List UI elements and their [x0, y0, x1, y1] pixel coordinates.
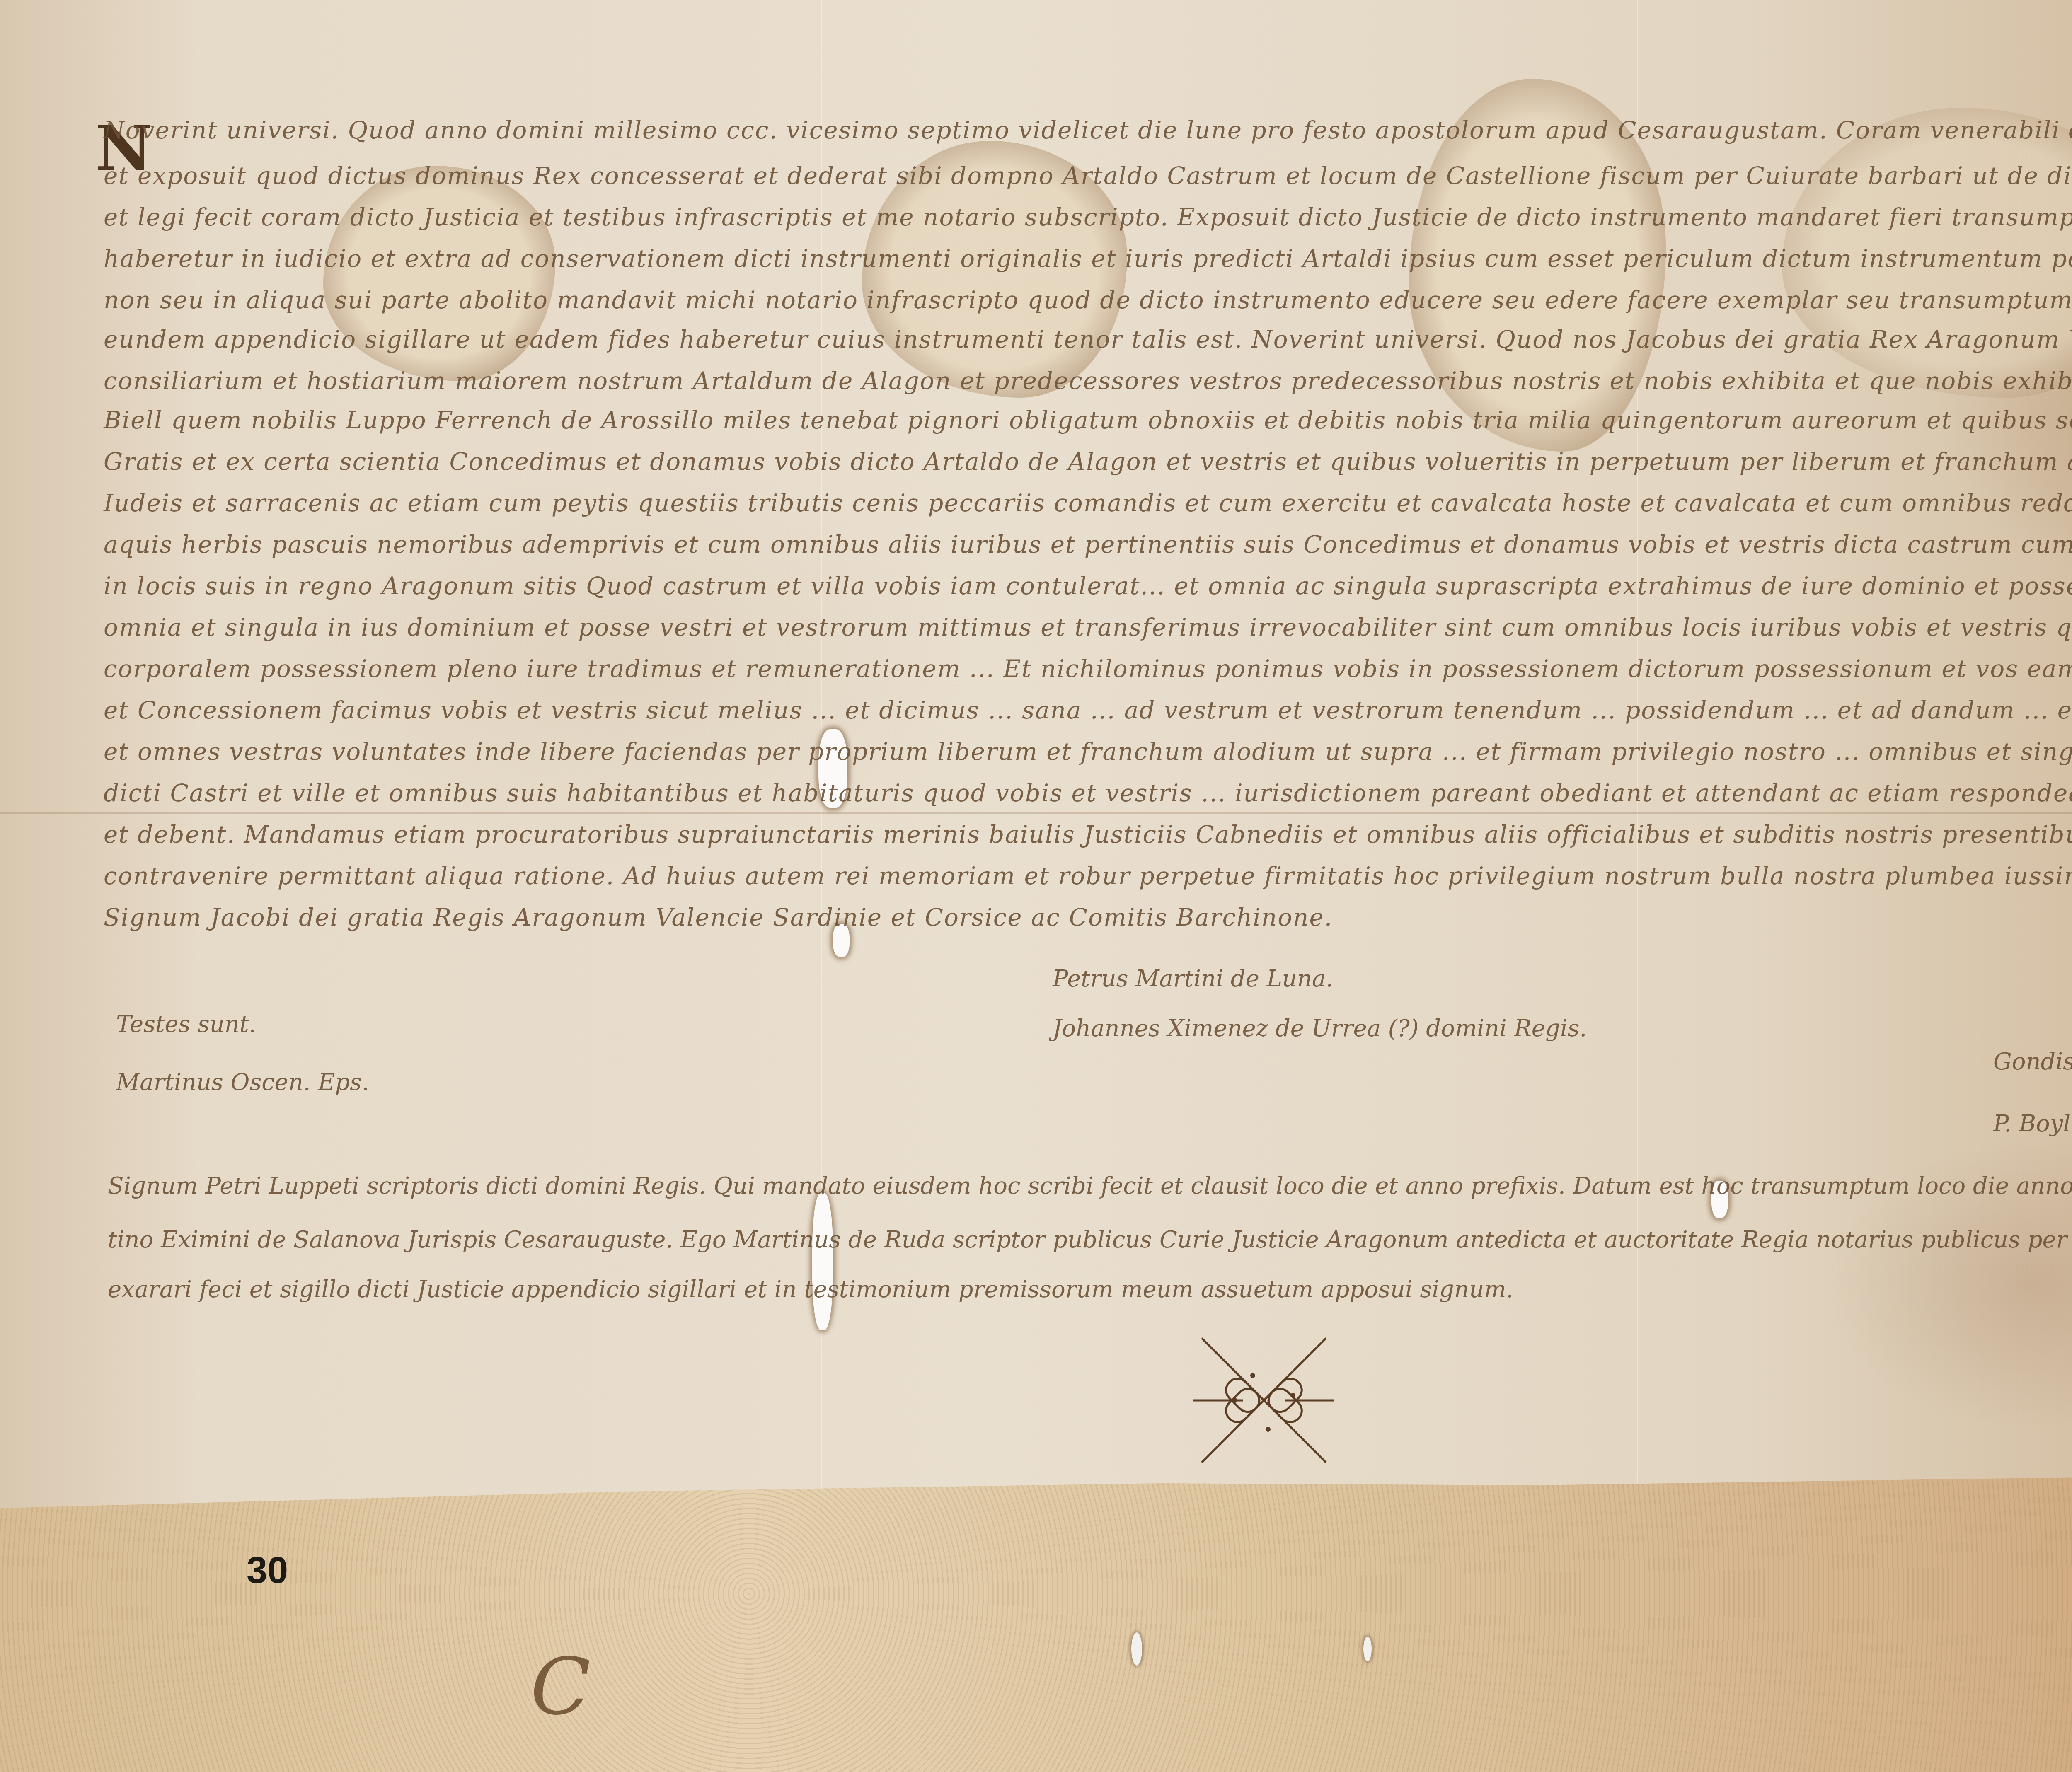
witness-name: Johannes Ximenez de Urrea (?) domini Reg…	[1053, 1015, 1587, 1042]
text-line: Noverint universi. Quod anno domini mill…	[104, 116, 2072, 144]
closing-line: Signum Petri Luppeti scriptoris dicti do…	[108, 1172, 2072, 1199]
closing-line: exarari feci et sigillo dicti Justicie a…	[108, 1276, 1513, 1303]
notarial-sign-icon	[1193, 1330, 1334, 1471]
text-line: non seu in aliqua sui parte abolito mand…	[104, 286, 2072, 314]
text-line: Gratis et ex certa scientia Concedimus e…	[104, 447, 2072, 476]
text-line: Iudeis et sarracenis ac etiam cum peytis…	[104, 489, 2072, 517]
horizontal-fold-line	[0, 812, 2072, 814]
text-line: et Concessionem facimus vobis et vestris…	[104, 696, 2072, 724]
witness-name: Gondisalvus Garsie consiliarius.	[1993, 1048, 2072, 1075]
text-line: omnia et singula in ius dominium et poss…	[104, 613, 2072, 641]
seal-cord-slit	[1363, 1637, 1372, 1661]
text-line: contravenire permittant aliqua ratione. …	[104, 862, 2072, 890]
text-line: dicti Castri et ville et omnibus suis ha…	[104, 779, 2072, 807]
text-line: et omnes vestras voluntates inde libere …	[104, 737, 2072, 766]
witness-name: Petrus Martini de Luna.	[1053, 965, 1333, 992]
text-line: et debent. Mandamus etiam procuratoribus…	[104, 820, 2072, 849]
archive-number: 30	[247, 1550, 288, 1592]
folded-plica	[0, 1475, 2072, 1772]
text-line: aquis herbis pascuis nemoribus ademprivi…	[104, 530, 2072, 558]
witness-name: P. Boyl magister rationalis curie domini…	[1993, 1110, 2072, 1137]
text-line: eundem appendicio sigillare ut eadem fid…	[104, 325, 2072, 353]
parchment-hole	[812, 1193, 833, 1330]
text-line: Biell quem nobilis Luppo Ferrench de Aro…	[104, 406, 2072, 434]
text-line: haberetur in iudicio et extra ad conserv…	[104, 244, 2072, 273]
text-line: Signum Jacobi dei gratia Regis Aragonum …	[104, 903, 1333, 931]
witnesses-heading: Testes sunt.	[116, 1011, 256, 1038]
witness-name: Martinus Oscen. Eps.	[116, 1069, 369, 1096]
seal-cord-slit	[1131, 1632, 1142, 1666]
closing-line: tino Eximini de Salanova Jurispis Cesara…	[108, 1226, 2072, 1253]
text-line: in locis suis in regno Aragonum sitis Qu…	[104, 572, 2072, 600]
text-line: et legi fecit coram dicto Justicia et te…	[104, 203, 2072, 231]
text-line: corporalem possessionem pleno iure tradi…	[104, 655, 2072, 683]
text-line: et exposuit quod dictus dominus Rex conc…	[104, 162, 2072, 190]
text-line: consiliarium et hostiarium maiorem nostr…	[104, 367, 2072, 395]
dorsal-mark: C	[530, 1641, 591, 1732]
